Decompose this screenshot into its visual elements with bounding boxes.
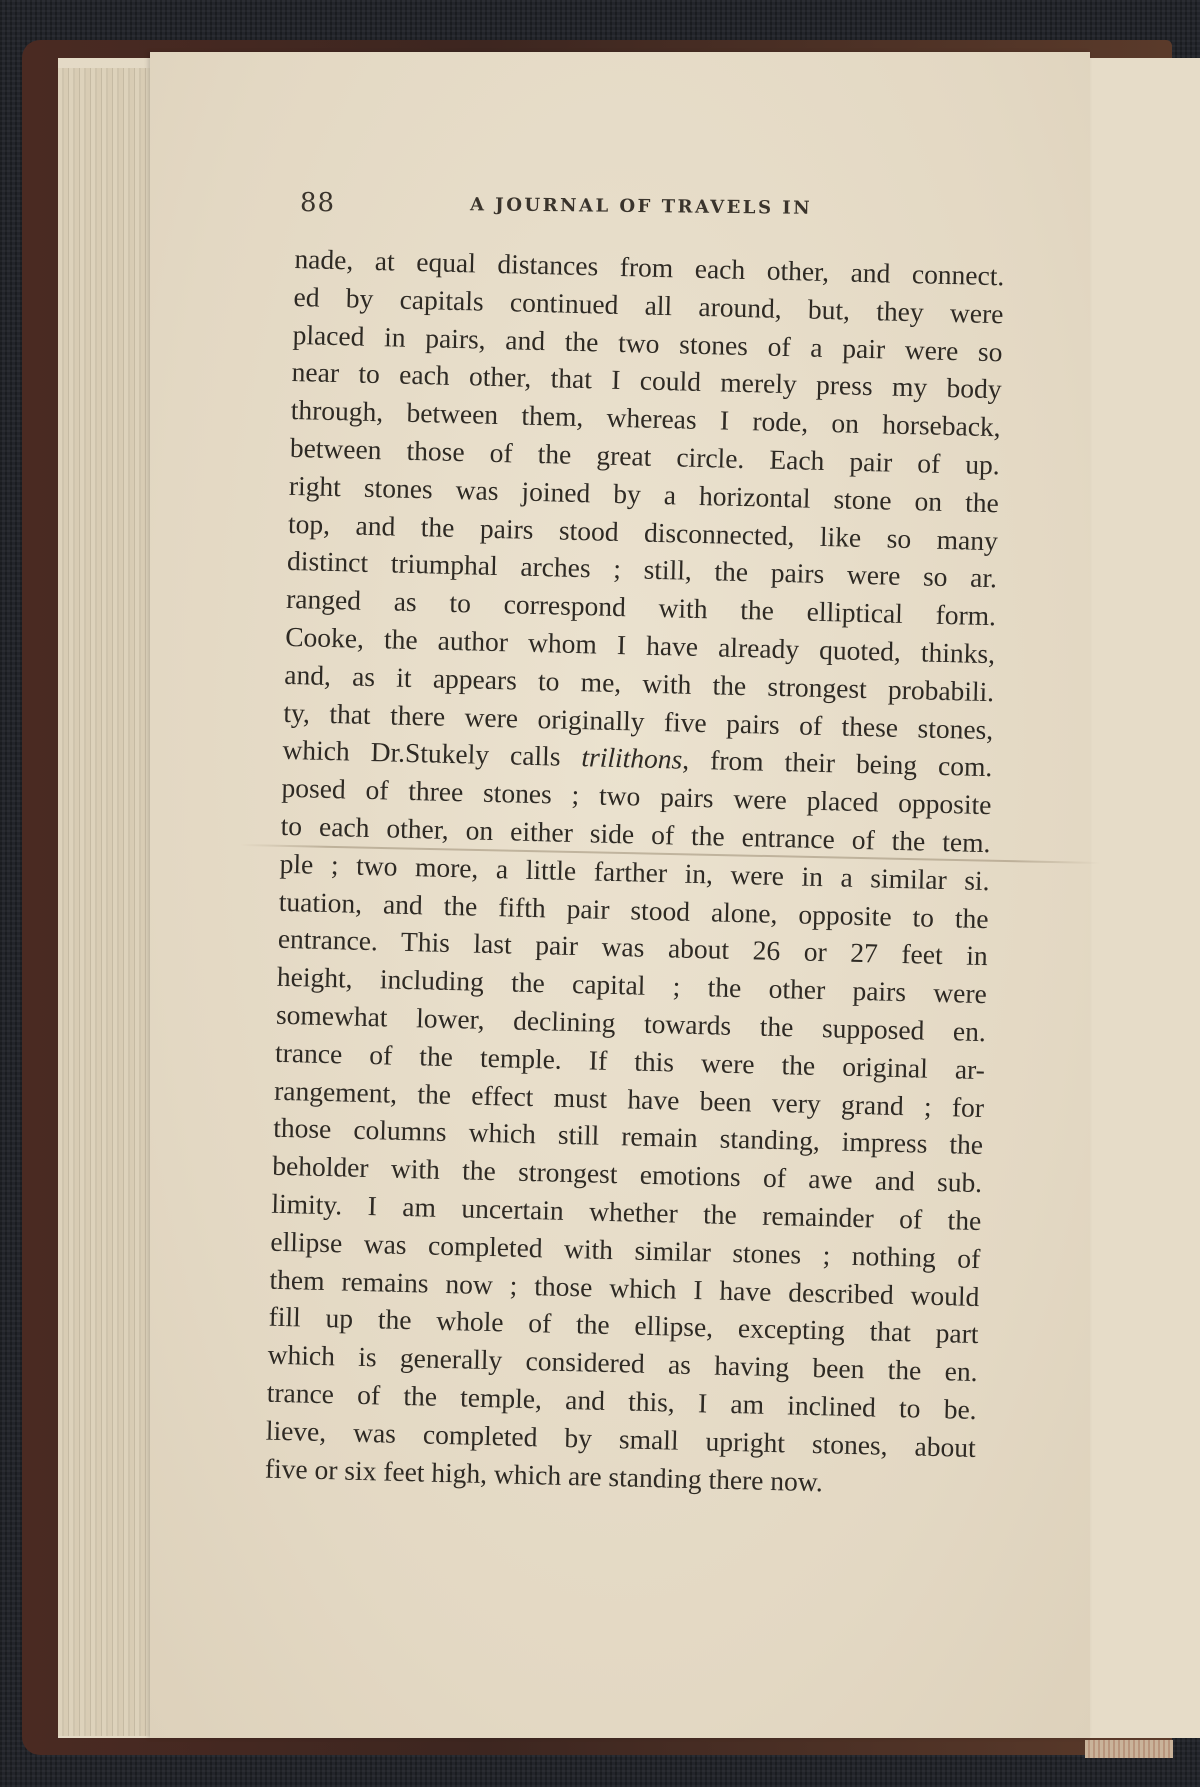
next-page-edge [1088,58,1200,1738]
italic-term: trilithons [581,742,683,775]
text-segment: , from their being com. [682,744,993,783]
body-text: nade, at equal distances from each other… [265,240,1005,1504]
running-head: A JOURNAL OF TRAVELS IN [470,194,812,219]
page-header: 88 A JOURNAL OF TRAVELS IN [300,188,1020,228]
book-cover-tab [1085,1740,1173,1758]
page-number: 88 [300,188,335,218]
page-edges [58,68,159,1736]
text-segment: which Dr.Stukely calls [282,734,561,772]
